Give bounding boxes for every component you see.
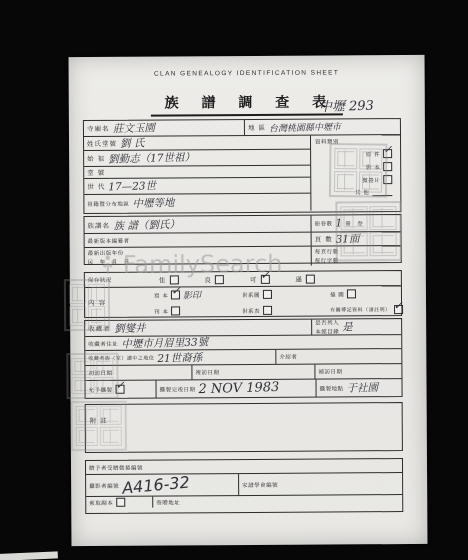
temple-name-label: 寺廟名: [87, 124, 110, 133]
genealogy-title-label: 族譜名: [88, 220, 111, 229]
filming-place-value: 于社園: [346, 380, 378, 396]
pages-label: 頁 數: [315, 234, 333, 243]
content-lineage-table-checkbox: [263, 306, 272, 315]
condition-good-label: 佳: [159, 275, 167, 284]
admin-block: 贈予者受贈微捲編號 攝影者編號 A416-32 家譜學會編號 索取副本: [85, 458, 403, 514]
first-ancestor-label: 始 祖: [87, 154, 105, 163]
genealogy-title-value: 族 譜（劉氏）: [113, 216, 180, 233]
seal-stamp: [64, 279, 110, 331]
form-title: 族 譜 調 查 表: [150, 91, 343, 116]
holder-block: 收藏者 劉燮井 是否列入 本館目錄 是 收藏者住址 中壢市月眉里33號: [84, 318, 402, 399]
donor-microfilm-label: 贈予者受贈微捲編號: [89, 463, 143, 471]
seal-stamp: [71, 401, 127, 451]
content-lineage-chart-label: 世系圖: [242, 290, 260, 298]
genealogy-form-sheet: CLAN GENEALOGY IDENTIFICATION SHEET 族 譜 …: [69, 55, 428, 546]
content-lineage-chart-checkbox: [263, 290, 272, 299]
content-manuscript-note: 影印: [183, 288, 201, 301]
holder-position-value: 21世裔孫: [157, 349, 202, 365]
content-lineage-table-label: 世系表: [242, 306, 260, 314]
publication-year-label: 最新出版年份: [88, 249, 130, 257]
condition-good-checkbox: [169, 275, 178, 284]
second-visit-label: 複訪日期: [195, 368, 219, 376]
publication-date-label: 民 年 月 日: [88, 258, 130, 266]
listed-value: 是: [342, 319, 353, 334]
editor-label: 最新版本編纂者: [88, 236, 130, 244]
photographer-number-value: A416-32: [121, 472, 190, 497]
hall-name-label: 堂 號: [87, 168, 105, 177]
holder-value: 劉燮井: [113, 320, 145, 336]
seal-stamp: [335, 201, 401, 261]
introducer-label: 介紹者: [279, 353, 297, 361]
photo-edge-artifact: [0, 551, 58, 560]
mailing-address-label: 寄贈地址: [156, 498, 180, 506]
content-illustrations-label: 插 圖: [330, 290, 344, 298]
filming-date-value: 2 NOV 1983: [198, 380, 279, 397]
condition-fair-label: 可: [250, 274, 258, 283]
content-manuscript-label: 寫 本: [154, 291, 168, 299]
area-value: 台灣桃園縣中壢市: [269, 120, 341, 135]
condition-poor-label: 遜: [295, 274, 303, 283]
area-label: 地 區: [248, 123, 266, 132]
condition-fine-checkbox: [215, 275, 224, 284]
volumes-label: 冊卷數: [315, 219, 333, 227]
surname-hall-value: 劉 氏: [120, 135, 145, 151]
filming-place-label: 攝製地點: [320, 384, 344, 392]
society-number-label: 家譜學會編號: [242, 480, 278, 488]
copy-request-checkbox: [116, 498, 125, 507]
content-biographies-checkbox: [394, 305, 403, 314]
scanned-photo-frame: CLAN GENEALOGY IDENTIFICATION SHEET 族 譜 …: [0, 0, 468, 560]
seal-stamp: [66, 353, 118, 399]
condition-poor-checkbox: [306, 274, 315, 283]
listed-label-1: 是否列入: [315, 318, 339, 326]
copy-request-label: 索取副本: [89, 498, 113, 506]
photographer-number-label: 攝影者編號: [89, 481, 119, 489]
generations-value: 17—23世: [108, 178, 156, 194]
origin-area-value: 中壢等地: [132, 195, 174, 211]
content-biographies-label: 有關傳記資料（請註明）: [330, 306, 391, 313]
content-manuscript-checkbox: [171, 290, 180, 299]
first-ancestor-value: 劉勤志（17世祖）: [108, 149, 195, 166]
content-printed-checkbox: [171, 306, 180, 315]
filming-date-label: 攝製完竣日期: [160, 385, 196, 393]
content-illustrations-checkbox: [347, 289, 356, 298]
condition-fair-checkbox: [260, 274, 269, 283]
origin-area-label: 祖籍暨分布地區: [87, 199, 129, 207]
handwritten-film-number: 中壢 293: [319, 95, 374, 115]
notes-block: 附 註: [85, 402, 403, 453]
generations-label: 世 代: [87, 182, 105, 191]
surname-hall-label: 姓氏堂號: [87, 139, 117, 148]
third-visit-label: 補訪日期: [318, 367, 342, 375]
condition-block: 保存狀況 佳 良 可 遜 內 容 寫 本: [84, 270, 402, 318]
condition-fine-label: 良: [204, 275, 212, 284]
holder-address-label: 收藏者住址: [88, 339, 118, 347]
sheet-title-english: CLAN GENEALOGY IDENTIFICATION SHEET: [69, 69, 425, 78]
listed-label-2: 本館目錄: [315, 327, 339, 335]
content-printed-label: 刊 本: [154, 307, 168, 315]
seal-stamp: [329, 143, 388, 198]
temple-name-value: 莊文玉園: [112, 120, 154, 136]
